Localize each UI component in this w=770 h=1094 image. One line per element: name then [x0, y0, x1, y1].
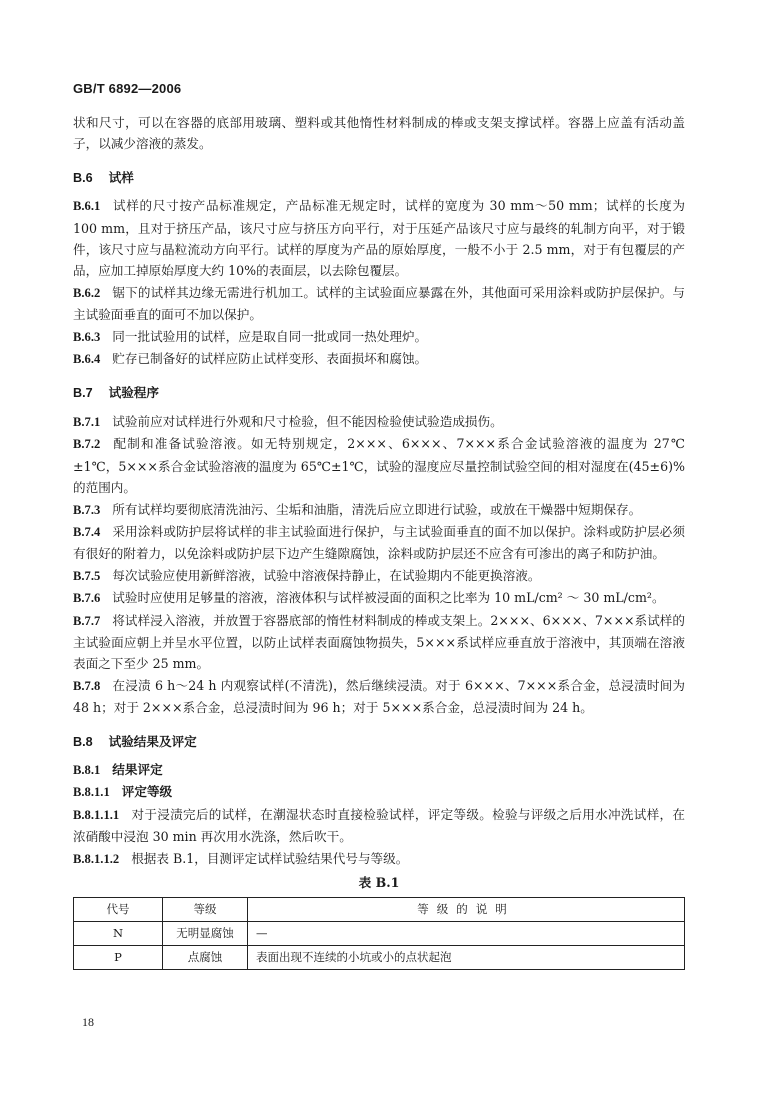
clause-text: 配制和准备试验溶液。如无特别规定，2×××、6×××、7×××系合金试验溶液的温…	[73, 436, 685, 495]
column-header-description: 等级的说明	[248, 898, 685, 922]
clause-text: 贮存已制备好的试样应防止试样变形、表面损坏和腐蚀。	[112, 351, 427, 366]
cell-grade: 点腐蚀	[163, 946, 248, 970]
clause-number: B.7.8	[73, 679, 100, 693]
clause-text: 试样的尺寸按产品标准规定，产品标准无规定时，试样的宽度为 30 mm～50 mm…	[73, 198, 685, 278]
clause-b6-2: B.6.2锯下的试样其边缘无需进行机加工。试样的主试验面应暴露在外，其他面可采用…	[73, 282, 685, 326]
clause-number: B.7.1	[73, 415, 100, 429]
clause-b7-4: B.7.4采用涂料或防护层将试样的非主试验面进行保护，与主试验面垂直的面不加以保…	[73, 521, 685, 565]
clause-b6-3: B.6.3同一批试验用的试样，应是取自同一批或同一热处理炉。	[73, 326, 685, 348]
clause-b7-7: B.7.7将试样浸入溶液，并放置于容器底部的惰性材料制成的棒或支架上。2×××、…	[73, 610, 685, 675]
clause-b7-1: B.7.1试验前应对试样进行外观和尺寸检验，但不能因检验使试验造成损伤。	[73, 411, 685, 433]
clause-text: 根据表 B.1，目测评定试样试验结果代号与等级。	[131, 851, 408, 866]
clause-number: B.8.1.1.2	[73, 852, 119, 866]
cell-grade: 无明显腐蚀	[163, 922, 248, 946]
section-number: B.6	[73, 171, 93, 185]
clause-number: B.7.2	[73, 437, 100, 451]
clause-b6-1: B.6.1试样的尺寸按产品标准规定，产品标准无规定时，试样的宽度为 30 mm～…	[73, 195, 685, 282]
intro-paragraph: 状和尺寸，可以在容器的底部用玻璃、塑料或其他惰性材料制成的棒或支架支撑试样。容器…	[73, 112, 685, 155]
clause-b8-1-1-1: B.8.1.1.1对于浸渍完后的试样，在潮湿状态时直接检验试样，评定等级。检验与…	[73, 804, 685, 848]
clause-b7-6: B.7.6试验时应使用足够量的溶液，溶液体积与试样被浸面的面积之比率为 10 m…	[73, 587, 685, 609]
cell-description: —	[248, 922, 685, 946]
table-caption: 表 B.1	[73, 872, 685, 893]
clause-number: B.6.3	[73, 330, 100, 344]
table-header-row: 代号 等级 等级的说明	[74, 898, 685, 922]
clause-text: 试验前应对试样进行外观和尺寸检验，但不能因检验使试验造成损伤。	[112, 414, 502, 429]
clause-number: B.8.1.1	[73, 785, 110, 799]
clause-number: B.6.1	[73, 199, 100, 213]
section-title: 试样	[109, 170, 134, 185]
clause-number: B.8.1	[73, 763, 100, 777]
clause-number: B.8.1.1.1	[73, 808, 119, 822]
section-number: B.8	[73, 735, 93, 749]
section-title: 试验结果及评定	[109, 734, 197, 749]
clause-b7-5: B.7.5每次试验应使用新鲜溶液，试验中溶液保持静止，在试验期内不能更换溶液。	[73, 565, 685, 587]
clause-number: B.7.3	[73, 503, 100, 517]
cell-description: 表面出现不连续的小坑或小的点状起泡	[248, 946, 685, 970]
document-page: GB/T 6892—2006 状和尺寸，可以在容器的底部用玻璃、塑料或其他惰性材…	[0, 0, 770, 1094]
clause-b7-8: B.7.8在浸渍 6 h～24 h 内观察试样(不清洗)，然后继续浸渍。对于 6…	[73, 675, 685, 719]
cell-code: N	[74, 922, 163, 946]
page-number: 18	[82, 1015, 94, 1030]
document-body: 状和尺寸，可以在容器的底部用玻璃、塑料或其他惰性材料制成的棒或支架支撑试样。容器…	[73, 112, 685, 970]
section-title: 试验程序	[109, 385, 159, 400]
clause-text: 所有试样均要彻底清洗油污、尘垢和油脂，清洗后应立即进行试验，或放在干燥器中短期保…	[112, 502, 641, 517]
section-heading-b8: B.8试验结果及评定	[73, 731, 685, 753]
clause-text: 采用涂料或防护层将试样的非主试验面进行保护，与主试验面垂直的面不加以保护。涂料或…	[73, 524, 685, 561]
clause-number: B.7.4	[73, 525, 100, 539]
subsection-title: 评定等级	[122, 784, 172, 799]
clause-text: 同一批试验用的试样，应是取自同一批或同一热处理炉。	[112, 329, 427, 344]
clause-number: B.7.7	[73, 614, 100, 628]
clause-text: 在浸渍 6 h～24 h 内观察试样(不清洗)，然后继续浸渍。对于 6×××、7…	[73, 678, 685, 715]
clause-text: 将试样浸入溶液，并放置于容器底部的惰性材料制成的棒或支架上。2×××、6×××、…	[73, 613, 685, 672]
section-heading-b7: B.7试验程序	[73, 382, 685, 404]
section-heading-b6: B.6试样	[73, 167, 685, 189]
clause-text: 锯下的试样其边缘无需进行机加工。试样的主试验面应暴露在外，其他面可采用涂料或防护…	[73, 285, 685, 322]
clause-b6-4: B.6.4贮存已制备好的试样应防止试样变形、表面损坏和腐蚀。	[73, 348, 685, 370]
section-number: B.7	[73, 386, 93, 400]
subsection-b8-1-1: B.8.1.1评定等级	[73, 781, 685, 803]
clause-number: B.7.5	[73, 569, 100, 583]
cell-code: P	[74, 946, 163, 970]
clause-b8-1-1-2: B.8.1.1.2根据表 B.1，目测评定试样试验结果代号与等级。	[73, 848, 685, 870]
column-header-grade: 等级	[163, 898, 248, 922]
table-row: P 点腐蚀 表面出现不连续的小坑或小的点状起泡	[74, 946, 685, 970]
column-header-code: 代号	[74, 898, 163, 922]
clause-text: 试验时应使用足够量的溶液，溶液体积与试样被浸面的面积之比率为 10 mL/cm²…	[112, 590, 664, 605]
clause-b7-2: B.7.2配制和准备试验溶液。如无特别规定，2×××、6×××、7×××系合金试…	[73, 433, 685, 498]
grade-table: 代号 等级 等级的说明 N 无明显腐蚀 — P 点腐蚀 表面出现不连续的小坑或小…	[73, 897, 685, 970]
subsection-title: 结果评定	[112, 762, 162, 777]
clause-number: B.7.6	[73, 591, 100, 605]
clause-number: B.6.2	[73, 286, 100, 300]
subsection-b8-1: B.8.1结果评定	[73, 759, 685, 781]
clause-b7-3: B.7.3所有试样均要彻底清洗油污、尘垢和油脂，清洗后应立即进行试验，或放在干燥…	[73, 499, 685, 521]
clause-text: 对于浸渍完后的试样，在潮湿状态时直接检验试样，评定等级。检验与评级之后用水冲洗试…	[73, 807, 685, 844]
standard-header: GB/T 6892—2006	[73, 81, 181, 96]
clause-number: B.6.4	[73, 352, 100, 366]
table-row: N 无明显腐蚀 —	[74, 922, 685, 946]
clause-text: 每次试验应使用新鲜溶液，试验中溶液保持静止，在试验期内不能更换溶液。	[112, 568, 540, 583]
